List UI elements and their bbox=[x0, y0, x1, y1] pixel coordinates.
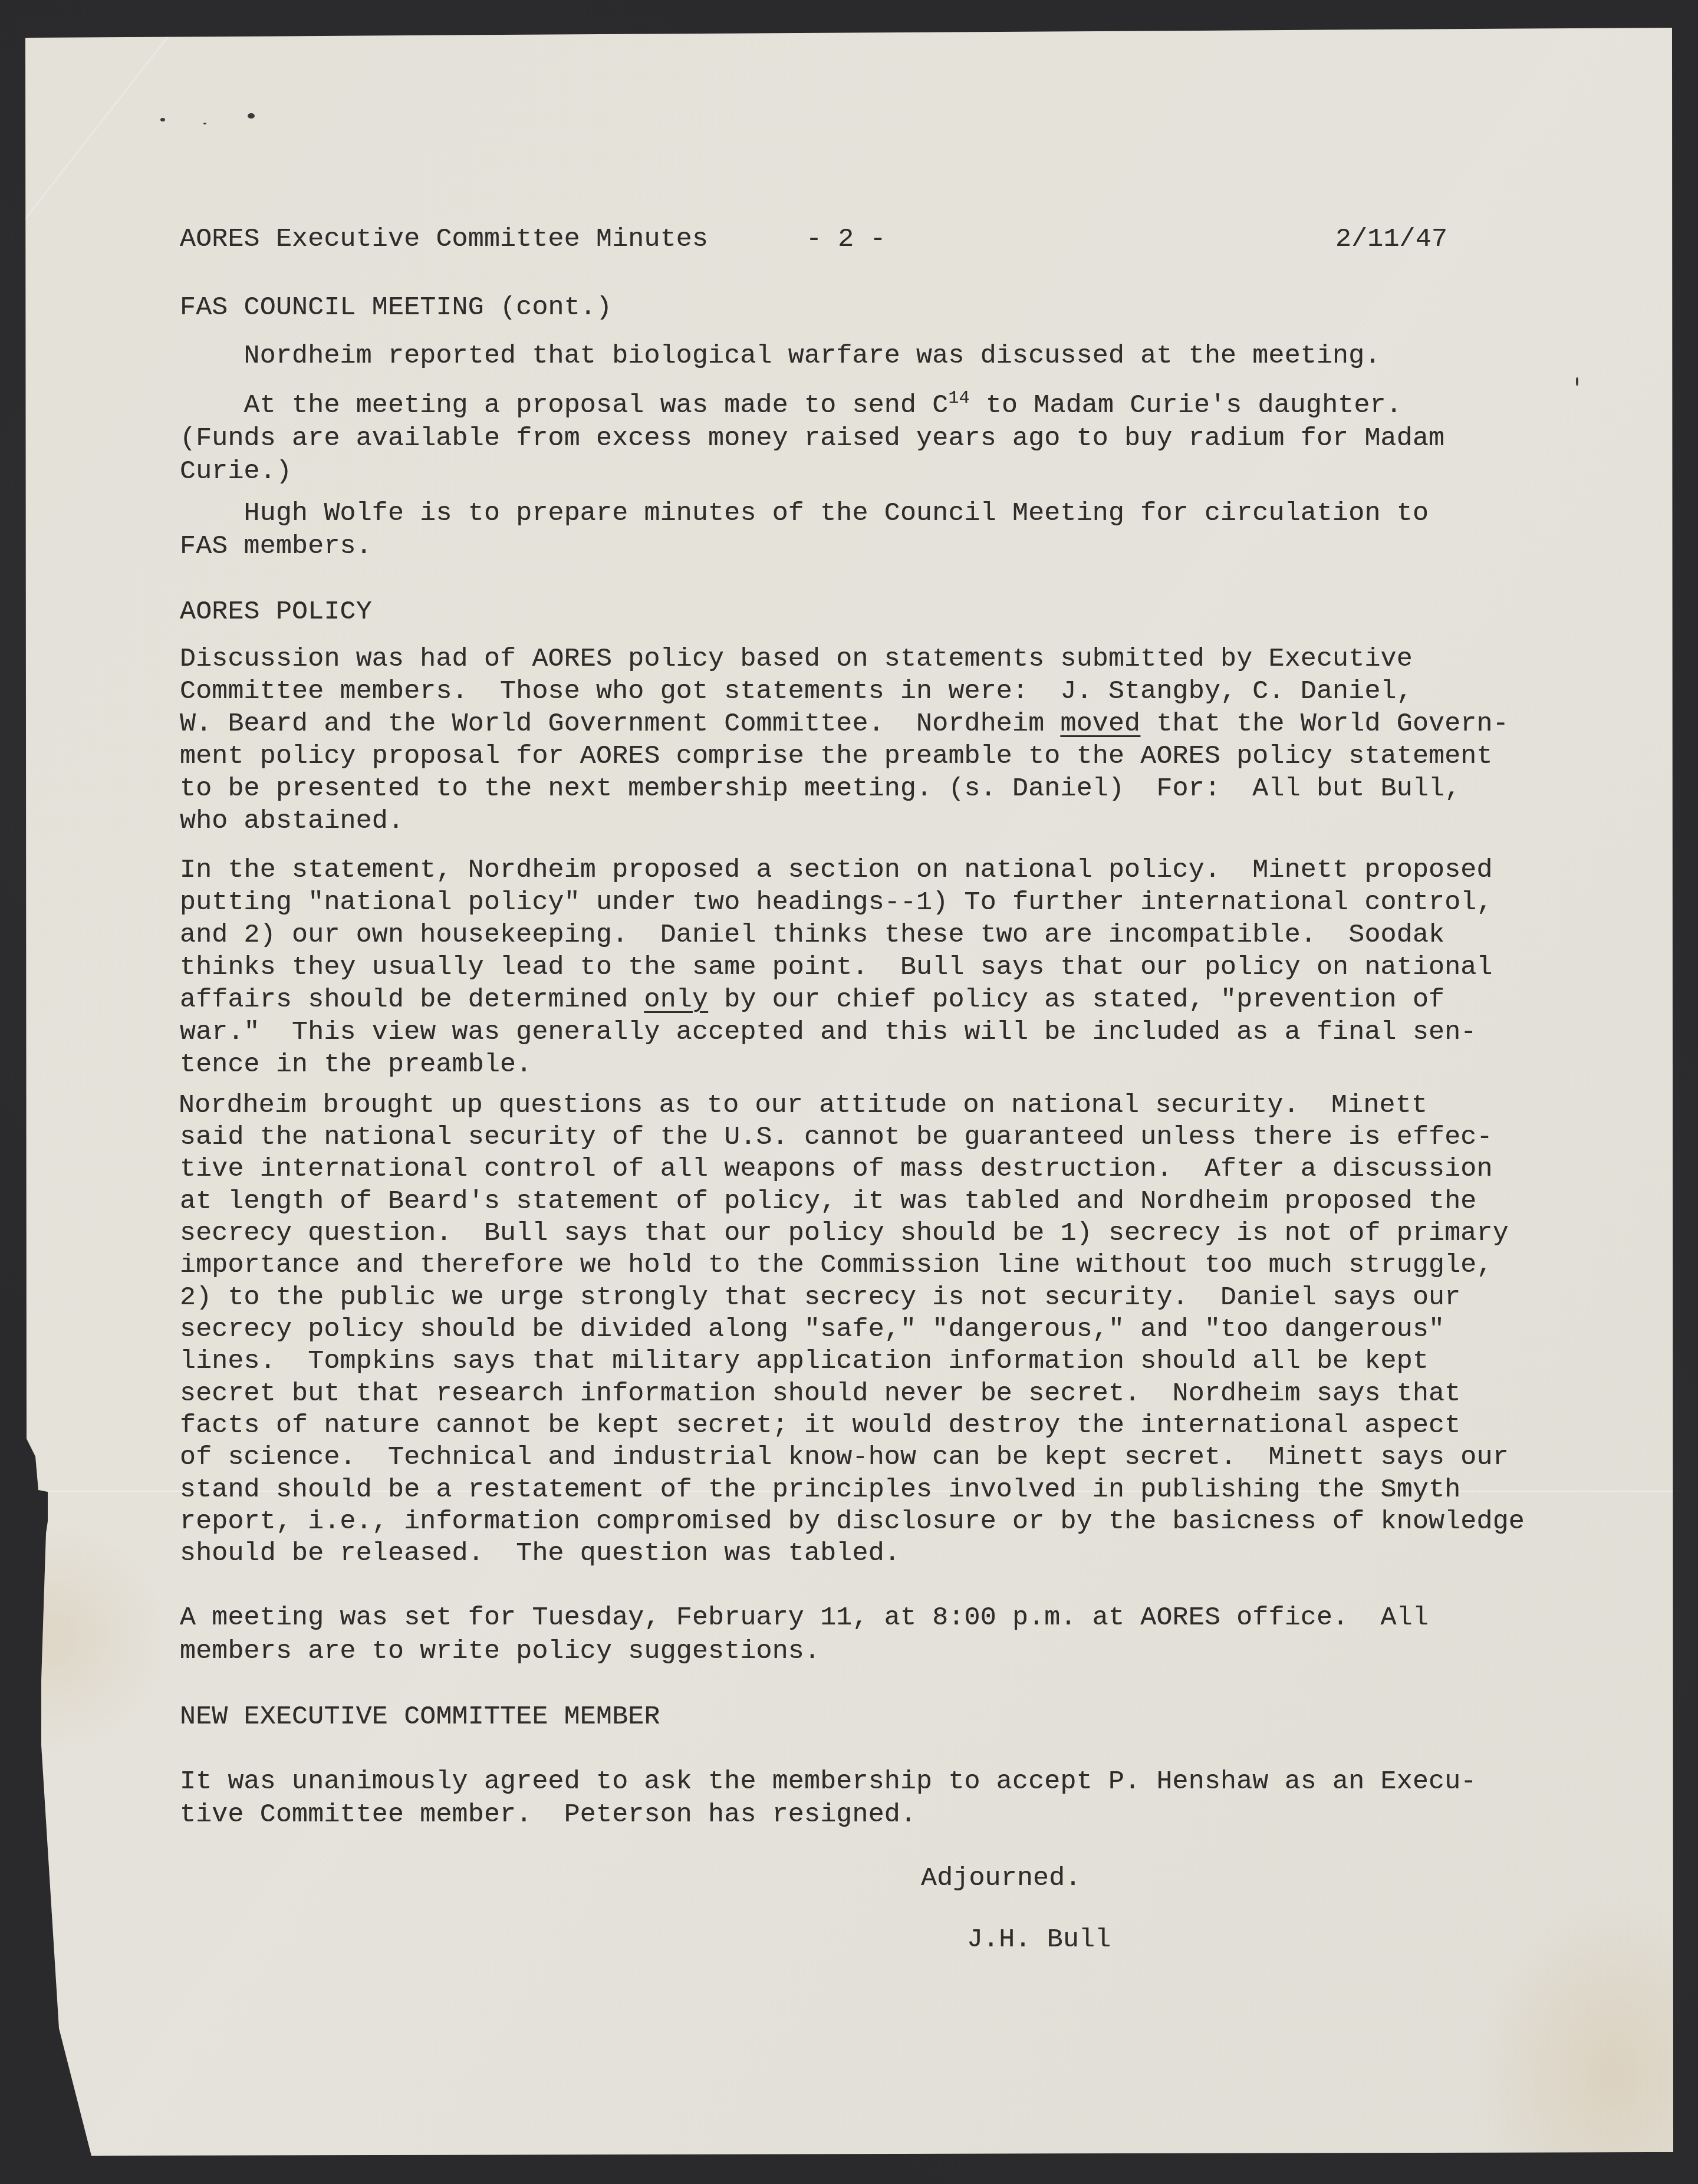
paragraph-line: of science. Technical and industrial kno… bbox=[180, 1441, 1509, 1473]
underlined-word-only: only bbox=[644, 985, 708, 1015]
paragraph-line: and 2) our own housekeeping. Daniel thin… bbox=[180, 919, 1444, 951]
paragraph-line: tive international control of all weapon… bbox=[180, 1153, 1493, 1185]
paragraph-line: putting "national policy" under two head… bbox=[180, 886, 1493, 919]
paragraph-line: stand should be a restatement of the pri… bbox=[180, 1473, 1460, 1506]
paragraph-line: ment policy proposal for AORES comprise … bbox=[180, 740, 1493, 772]
paragraph-line: Nordheim reported that biological warfar… bbox=[180, 340, 1381, 372]
page-number: - 2 - bbox=[806, 223, 886, 255]
paragraph-line: importance and therefore we hold to the … bbox=[180, 1249, 1493, 1281]
paragraph-line: It was unanimously agreed to ask the mem… bbox=[180, 1765, 1477, 1798]
document-header-title: AORES Executive Committee Minutes bbox=[180, 223, 708, 255]
paragraph-line: should be released. The question was tab… bbox=[180, 1537, 900, 1570]
document-date: 2/11/47 bbox=[1335, 223, 1447, 255]
paragraph-line: Nordheim brought up questions as to our … bbox=[179, 1089, 1427, 1121]
text-run: to Madam Curie's daughter. bbox=[970, 390, 1402, 420]
paragraph-line: lines. Tompkins says that military appli… bbox=[180, 1345, 1429, 1377]
paragraph-line: tive Committee member. Peterson has resi… bbox=[180, 1798, 916, 1831]
text-run: that the World Govern- bbox=[1140, 709, 1509, 739]
ink-speck bbox=[160, 118, 165, 121]
paragraph-line: secrecy question. Bull says that our pol… bbox=[180, 1217, 1509, 1249]
text-run: W. Beard and the World Government Commit… bbox=[180, 709, 1061, 739]
signature-name: J.H. Bull bbox=[967, 1923, 1111, 1956]
paragraph-line: A meeting was set for Tuesday, February … bbox=[180, 1601, 1429, 1634]
paragraph-line: to be presented to the next membership m… bbox=[180, 772, 1460, 805]
underlined-word-moved: moved bbox=[1061, 709, 1141, 739]
paragraph-line: members are to write policy suggestions. bbox=[180, 1635, 820, 1667]
paragraph-line: Curie.) bbox=[180, 455, 292, 488]
isotope-superscript: 14 bbox=[948, 389, 969, 409]
paragraph-line: W. Beard and the World Government Commit… bbox=[180, 708, 1509, 740]
ink-speck bbox=[1576, 377, 1578, 386]
paragraph-line: said the national security of the U.S. c… bbox=[180, 1121, 1493, 1153]
paragraph-line: facts of nature cannot be kept secret; i… bbox=[180, 1409, 1460, 1442]
paragraph-line: Committee members. Those who got stateme… bbox=[180, 675, 1413, 708]
paragraph-line: At the meeting a proposal was made to se… bbox=[180, 389, 1402, 422]
paragraph-line: affairs should be determined only by our… bbox=[180, 984, 1444, 1016]
section-heading-aores-policy: AORES POLICY bbox=[180, 596, 372, 628]
paragraph-line: at length of Beard's statement of policy… bbox=[180, 1185, 1477, 1218]
paper-crease bbox=[24, 24, 178, 220]
paragraph-line: report, i.e., information compromised by… bbox=[180, 1505, 1525, 1538]
paragraph-line: tence in the preamble. bbox=[180, 1048, 532, 1081]
text-run: affairs should be determined bbox=[180, 985, 644, 1015]
adjourned-note: Adjourned. bbox=[921, 1862, 1081, 1894]
paragraph-line: thinks they usually lead to the same poi… bbox=[180, 951, 1493, 984]
paragraph-line: Discussion was had of AORES policy based… bbox=[180, 643, 1413, 675]
paragraph-line: 2) to the public we urge strongly that s… bbox=[180, 1281, 1460, 1314]
section-heading-fas-council: FAS COUNCIL MEETING (cont.) bbox=[180, 291, 612, 324]
paragraph-line: secret but that research information sho… bbox=[180, 1377, 1460, 1410]
paragraph-line: FAS members. bbox=[180, 530, 372, 563]
paragraph-line: who abstained. bbox=[180, 805, 404, 837]
text-run: At the meeting a proposal was made to se… bbox=[180, 390, 948, 420]
ink-speck bbox=[248, 113, 255, 119]
section-heading-new-member: NEW EXECUTIVE COMMITTEE MEMBER bbox=[180, 1701, 660, 1733]
paragraph-line: (Funds are available from excess money r… bbox=[180, 422, 1444, 455]
text-run: by our chief policy as stated, "preventi… bbox=[708, 985, 1444, 1015]
paragraph-line: Hugh Wolfe is to prepare minutes of the … bbox=[180, 497, 1429, 529]
paragraph-line: In the statement, Nordheim proposed a se… bbox=[180, 854, 1493, 886]
document-page: AORES Executive Committee Minutes - 2 - … bbox=[0, 0, 1698, 2184]
paragraph-line: secrecy policy should be divided along "… bbox=[180, 1313, 1444, 1346]
ink-speck bbox=[203, 123, 206, 124]
paragraph-line: war." This view was generally accepted a… bbox=[180, 1016, 1477, 1048]
